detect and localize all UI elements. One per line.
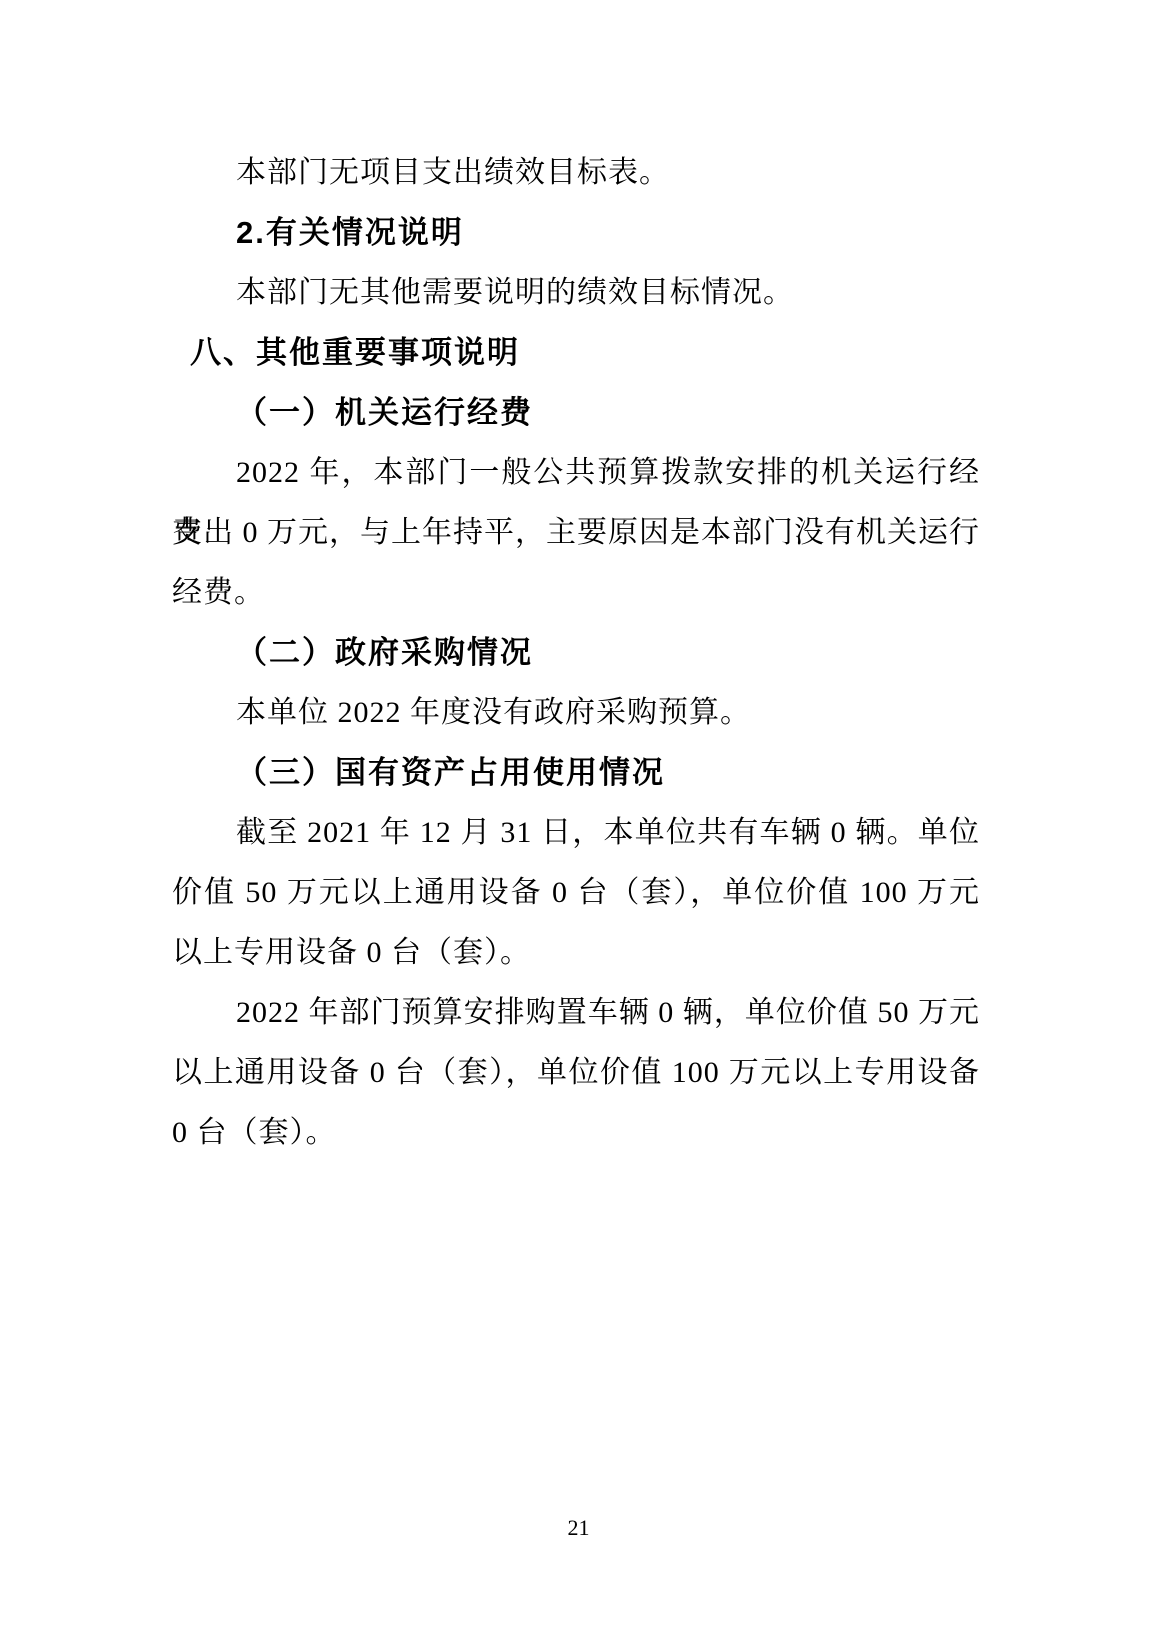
document-page: 本部门无项目支出绩效目标表。 2.有关情况说明 本部门无其他需要说明的绩效目标情… <box>0 0 1157 1637</box>
heading-sub-3-state-owned-assets: （三）国有资产占用使用情况 <box>172 743 980 803</box>
document-body: 本部门无项目支出绩效目标表。 2.有关情况说明 本部门无其他需要说明的绩效目标情… <box>172 143 980 1163</box>
paragraph-assets-line-2: 价值 50 万元以上通用设备 0 台（套），单位价值 100 万元 <box>172 863 980 923</box>
paragraph-no-project-target-table: 本部门无项目支出绩效目标表。 <box>172 143 980 203</box>
paragraph-no-procurement-budget: 本单位 2022 年度没有政府采购预算。 <box>172 683 980 743</box>
paragraph-budget-purchase-line-2: 以上通用设备 0 台（套），单位价值 100 万元以上专用设备 <box>172 1043 980 1103</box>
paragraph-operating-funds-line-2: 支出 0 万元，与上年持平，主要原因是本部门没有机关运行 <box>172 503 980 563</box>
heading-sub-1-operating-funds: （一）机关运行经费 <box>172 383 980 443</box>
paragraph-assets-line-3: 以上专用设备 0 台（套）。 <box>172 923 980 983</box>
heading-section-8-other-important-matters: 八、其他重要事项说明 <box>172 323 980 383</box>
paragraph-budget-purchase-line-3: 0 台（套）。 <box>172 1103 980 1163</box>
paragraph-budget-purchase-line-1: 2022 年部门预算安排购置车辆 0 辆，单位价值 50 万元 <box>172 983 980 1043</box>
heading-related-info: 2.有关情况说明 <box>172 203 980 263</box>
page-number: 21 <box>0 1513 1157 1543</box>
heading-sub-2-government-procurement: （二）政府采购情况 <box>172 623 980 683</box>
paragraph-operating-funds-line-1: 2022 年，本部门一般公共预算拨款安排的机关运行经费 <box>172 443 980 503</box>
paragraph-no-other-target-info: 本部门无其他需要说明的绩效目标情况。 <box>172 263 980 323</box>
paragraph-assets-line-1: 截至 2021 年 12 月 31 日，本单位共有车辆 0 辆。单位 <box>172 803 980 863</box>
paragraph-operating-funds-line-3: 经费。 <box>172 563 980 623</box>
